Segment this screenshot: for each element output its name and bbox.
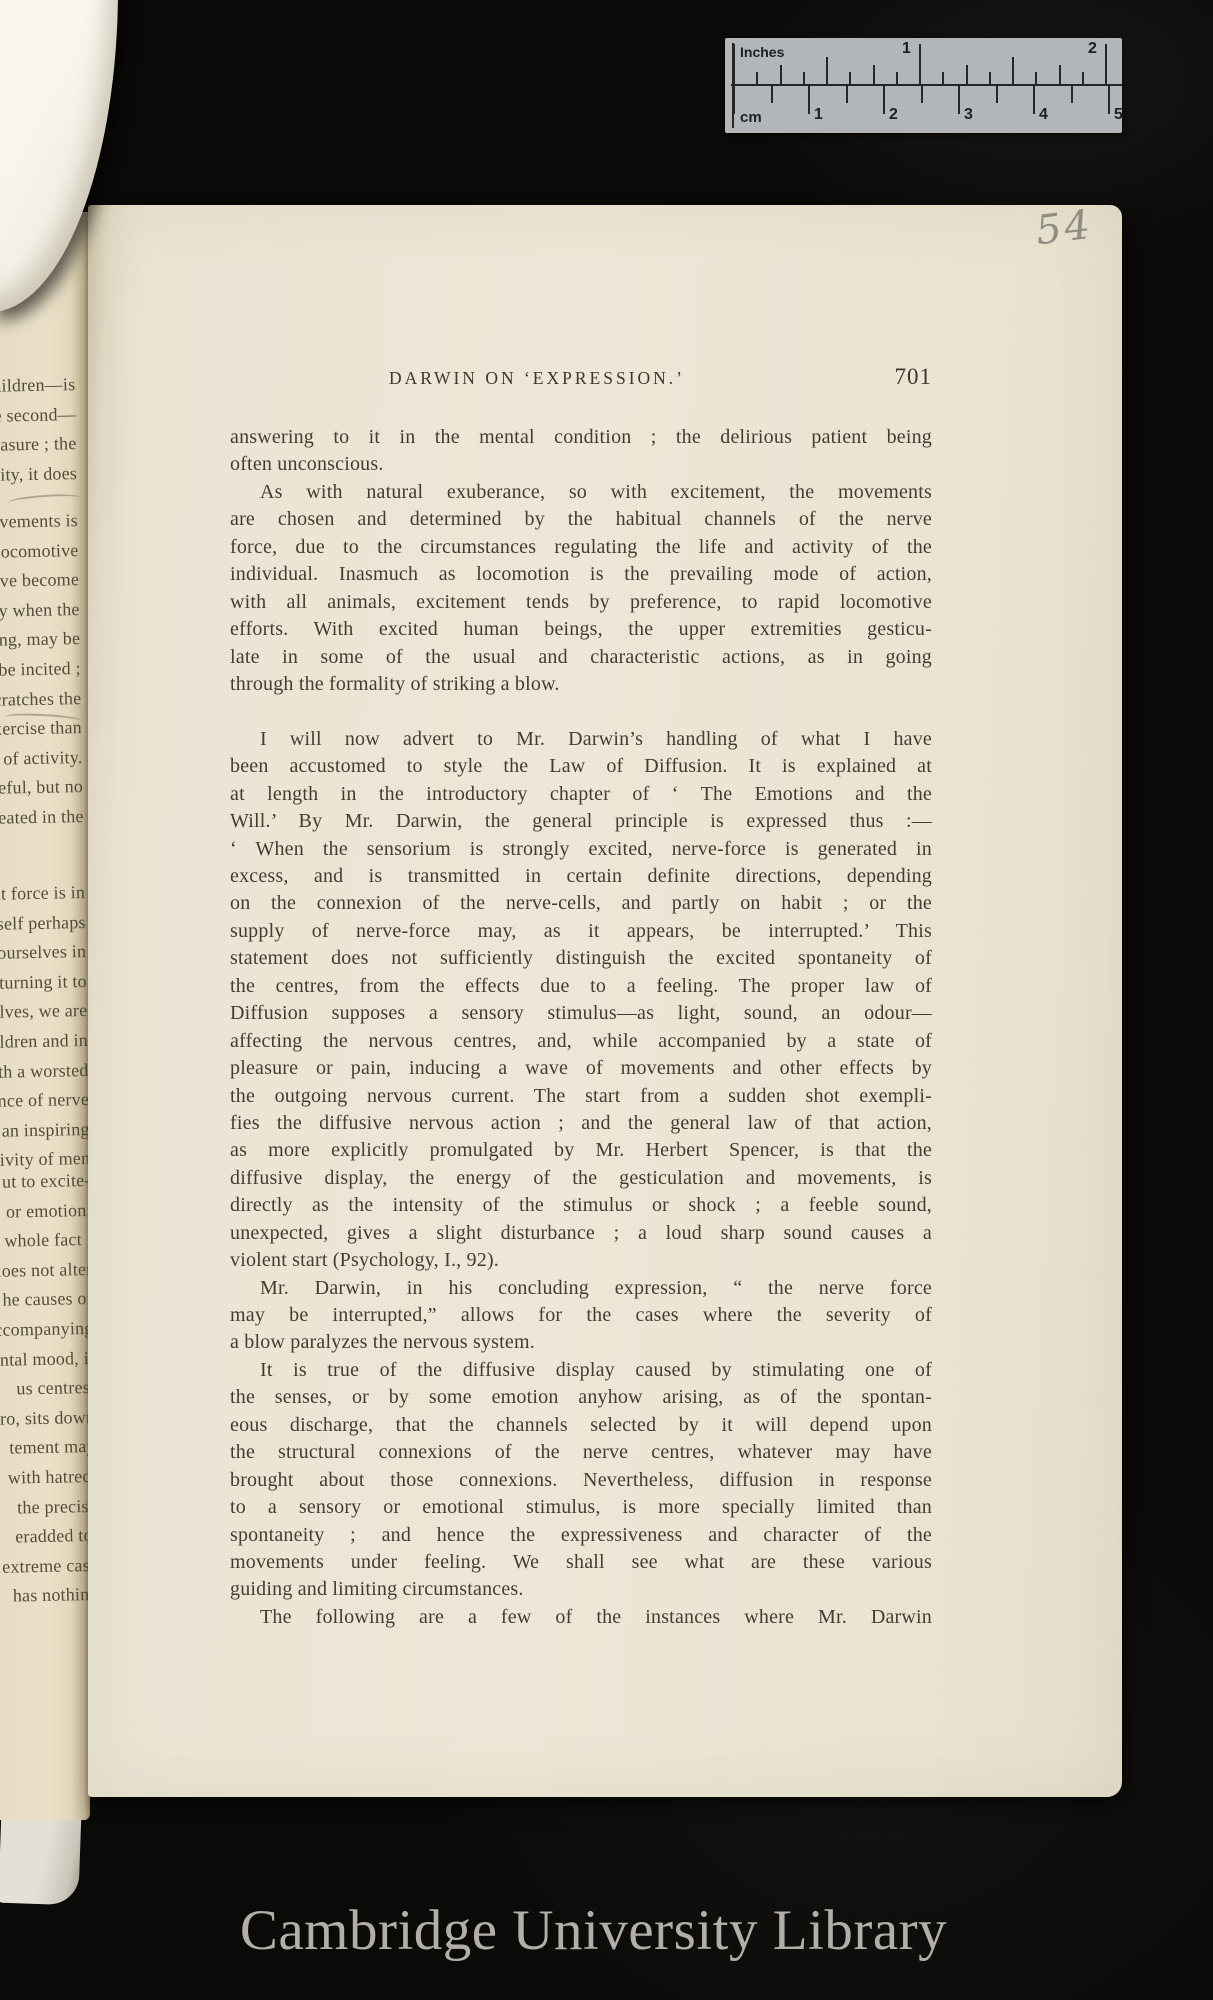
inch-tick [896,72,898,84]
cm-tick [921,86,923,103]
text-line: with all animals, excitement tends by pr… [230,589,932,616]
cm-number: 2 [889,106,898,124]
inch-tick [803,72,805,84]
cm-tick [1033,86,1035,114]
book-photo: of children—is; the second—pleasure ; th… [0,0,1213,2000]
text-line: movements under feeling. We shall see wh… [230,1549,932,1576]
text-line: brought about those connexions. Neverthe… [230,1467,932,1494]
cm-tick [808,86,810,114]
inch-tick [780,65,782,84]
text-line: may be interrupted,” allows for the case… [230,1302,932,1329]
inch-number: 2 [1088,40,1097,58]
text-line: a blow paralyzes the nervous system. [230,1329,932,1356]
text-line: affecting the nervous centres, and, whil… [230,1028,932,1055]
inch-tick [849,72,851,84]
paragraph: I will now advert to Mr. Darwin’s handli… [230,726,932,1275]
paragraph: Mr. Darwin, in his concluding expression… [230,1275,932,1357]
text-line: pleasure or pain, inducing a wave of mov… [230,1055,932,1082]
text-line: answering to it in the mental condition … [230,424,932,451]
text-line: violent start (Psychology, I., 92). [230,1247,932,1274]
facing-text-group: of children—is; the second—pleasure ; th… [0,370,77,496]
text-line: spontaneity ; and hence the expressivene… [230,1522,932,1549]
library-watermark: Cambridge University Library [0,1898,1213,1963]
text-line: late in some of the usual and characteri… [230,644,932,671]
facing-text-group: nt force is initself perhapsg ourselves … [0,878,90,1182]
text-line: Mr. Darwin, in his concluding expression… [230,1275,932,1302]
text-line: unexpected, gives a slight disturbance ;… [230,1220,932,1247]
text-line: diffusive display, the energy of the ges… [230,1165,932,1192]
inch-tick [989,72,991,84]
cm-number: 3 [964,106,973,124]
cm-tick [846,86,848,103]
facing-text-group: ut to excite-or emotion.e whole fact ;lo… [0,1166,99,1618]
cm-tick [883,86,885,114]
text-line: It is true of the diffusive display caus… [230,1357,932,1384]
text-line: the outgoing nervous current. The start … [230,1083,932,1110]
text-line: as more explicitly promulgated by Mr. He… [230,1137,932,1164]
inch-tick [1012,57,1014,84]
inch-tick [1105,44,1107,84]
cm-tick [1071,86,1073,103]
text-line: eous discharge, that the channels select… [230,1412,932,1439]
text-line: guiding and limiting circumstances. [230,1576,932,1603]
cm-tick [771,86,773,103]
inch-tick [756,72,758,84]
text-line: directly as the intensity of the stimulu… [230,1192,932,1219]
text-line: individual. Inasmuch as locomotion is th… [230,561,932,588]
inch-tick [873,65,875,84]
text-line: Diffusion supposes a sensory stimulus—as… [230,1000,932,1027]
text-line: supply of nerve-force may, as it appears… [230,918,932,945]
text-line: to a sensory or emotional stimulus, is m… [230,1494,932,1521]
book-page: 54 DARWIN ON ‘EXPRESSION.’ 701 answering… [88,205,1122,1797]
text-line: on the connexion of the nerve-cells, and… [230,890,932,917]
inch-tick [942,72,944,84]
inch-tick [966,65,968,84]
facing-page-edge: of children—is; the second—pleasure ; th… [0,212,90,1820]
paragraph: As with natural exuberance, so with exci… [230,479,932,699]
inch-tick [919,44,921,84]
cm-number: 5 [1114,106,1122,124]
ruler-cm-scale: 12345 [733,86,1122,133]
facing-text-line: aneity, it does [0,459,77,496]
text-line: the centres, from the effects due to a f… [230,973,932,1000]
cm-number: 4 [1039,106,1048,124]
facing-text-line: epeated in the [0,802,84,839]
inch-number: 1 [902,40,911,58]
text-line: As with natural exuberance, so with exci… [230,479,932,506]
text-line: fies the diffusive nervous action ; and … [230,1110,932,1137]
running-head: DARWIN ON ‘EXPRESSION.’ [230,368,932,389]
cm-number: 1 [814,106,823,124]
text-line: been accustomed to style the Law of Diff… [230,753,932,780]
cm-tick [1108,86,1110,114]
cm-tick [958,86,960,114]
text-line: efforts. With excited human beings, the … [230,616,932,643]
facing-text-group: movements ishe locomotivehave becomessly… [0,506,84,839]
cm-tick [733,86,735,114]
paragraph: The following are a few of the instances… [230,1604,932,1631]
text-line: The following are a few of the instances… [230,1604,932,1631]
text-line: Will.’ By Mr. Darwin, the general princi… [230,808,932,835]
text-line: often unconscious. [230,451,932,478]
paragraph: It is true of the diffusive display caus… [230,1357,932,1604]
text-line: through the formality of striking a blow… [230,671,932,698]
page-header: DARWIN ON ‘EXPRESSION.’ 701 [230,368,932,398]
text-line: I will now advert to Mr. Darwin’s handli… [230,726,932,753]
page-number: 701 [895,364,933,390]
inch-tick [733,44,735,84]
text-line: ‘ When the sensorium is strongly excited… [230,836,932,863]
text-line: statement does not sufficiently distingu… [230,945,932,972]
facing-text-line: has nothing [0,1580,99,1617]
body-text: answering to it in the mental condition … [230,424,932,1631]
text-line: are chosen and determined by the habitua… [230,506,932,533]
text-line: the senses, or by some emotion anyhow ar… [230,1384,932,1411]
paragraph: answering to it in the mental condition … [230,424,932,479]
inch-tick [1082,72,1084,84]
measurement-ruler: Inches cm 12 12345 [725,38,1122,133]
text-line: force, due to the circumstances regulati… [230,534,932,561]
ruler-inch-scale: 12 [733,38,1122,84]
cm-tick [996,86,998,103]
handwritten-folio: 54 [1033,202,1095,255]
text-line: at length in the introductory chapter of… [230,781,932,808]
text-line: the structural connexions of the nerve c… [230,1439,932,1466]
text-line: excess, and is transmitted in certain de… [230,863,932,890]
inch-tick [1059,65,1061,84]
inch-tick [826,57,828,84]
inch-tick [1035,72,1037,84]
